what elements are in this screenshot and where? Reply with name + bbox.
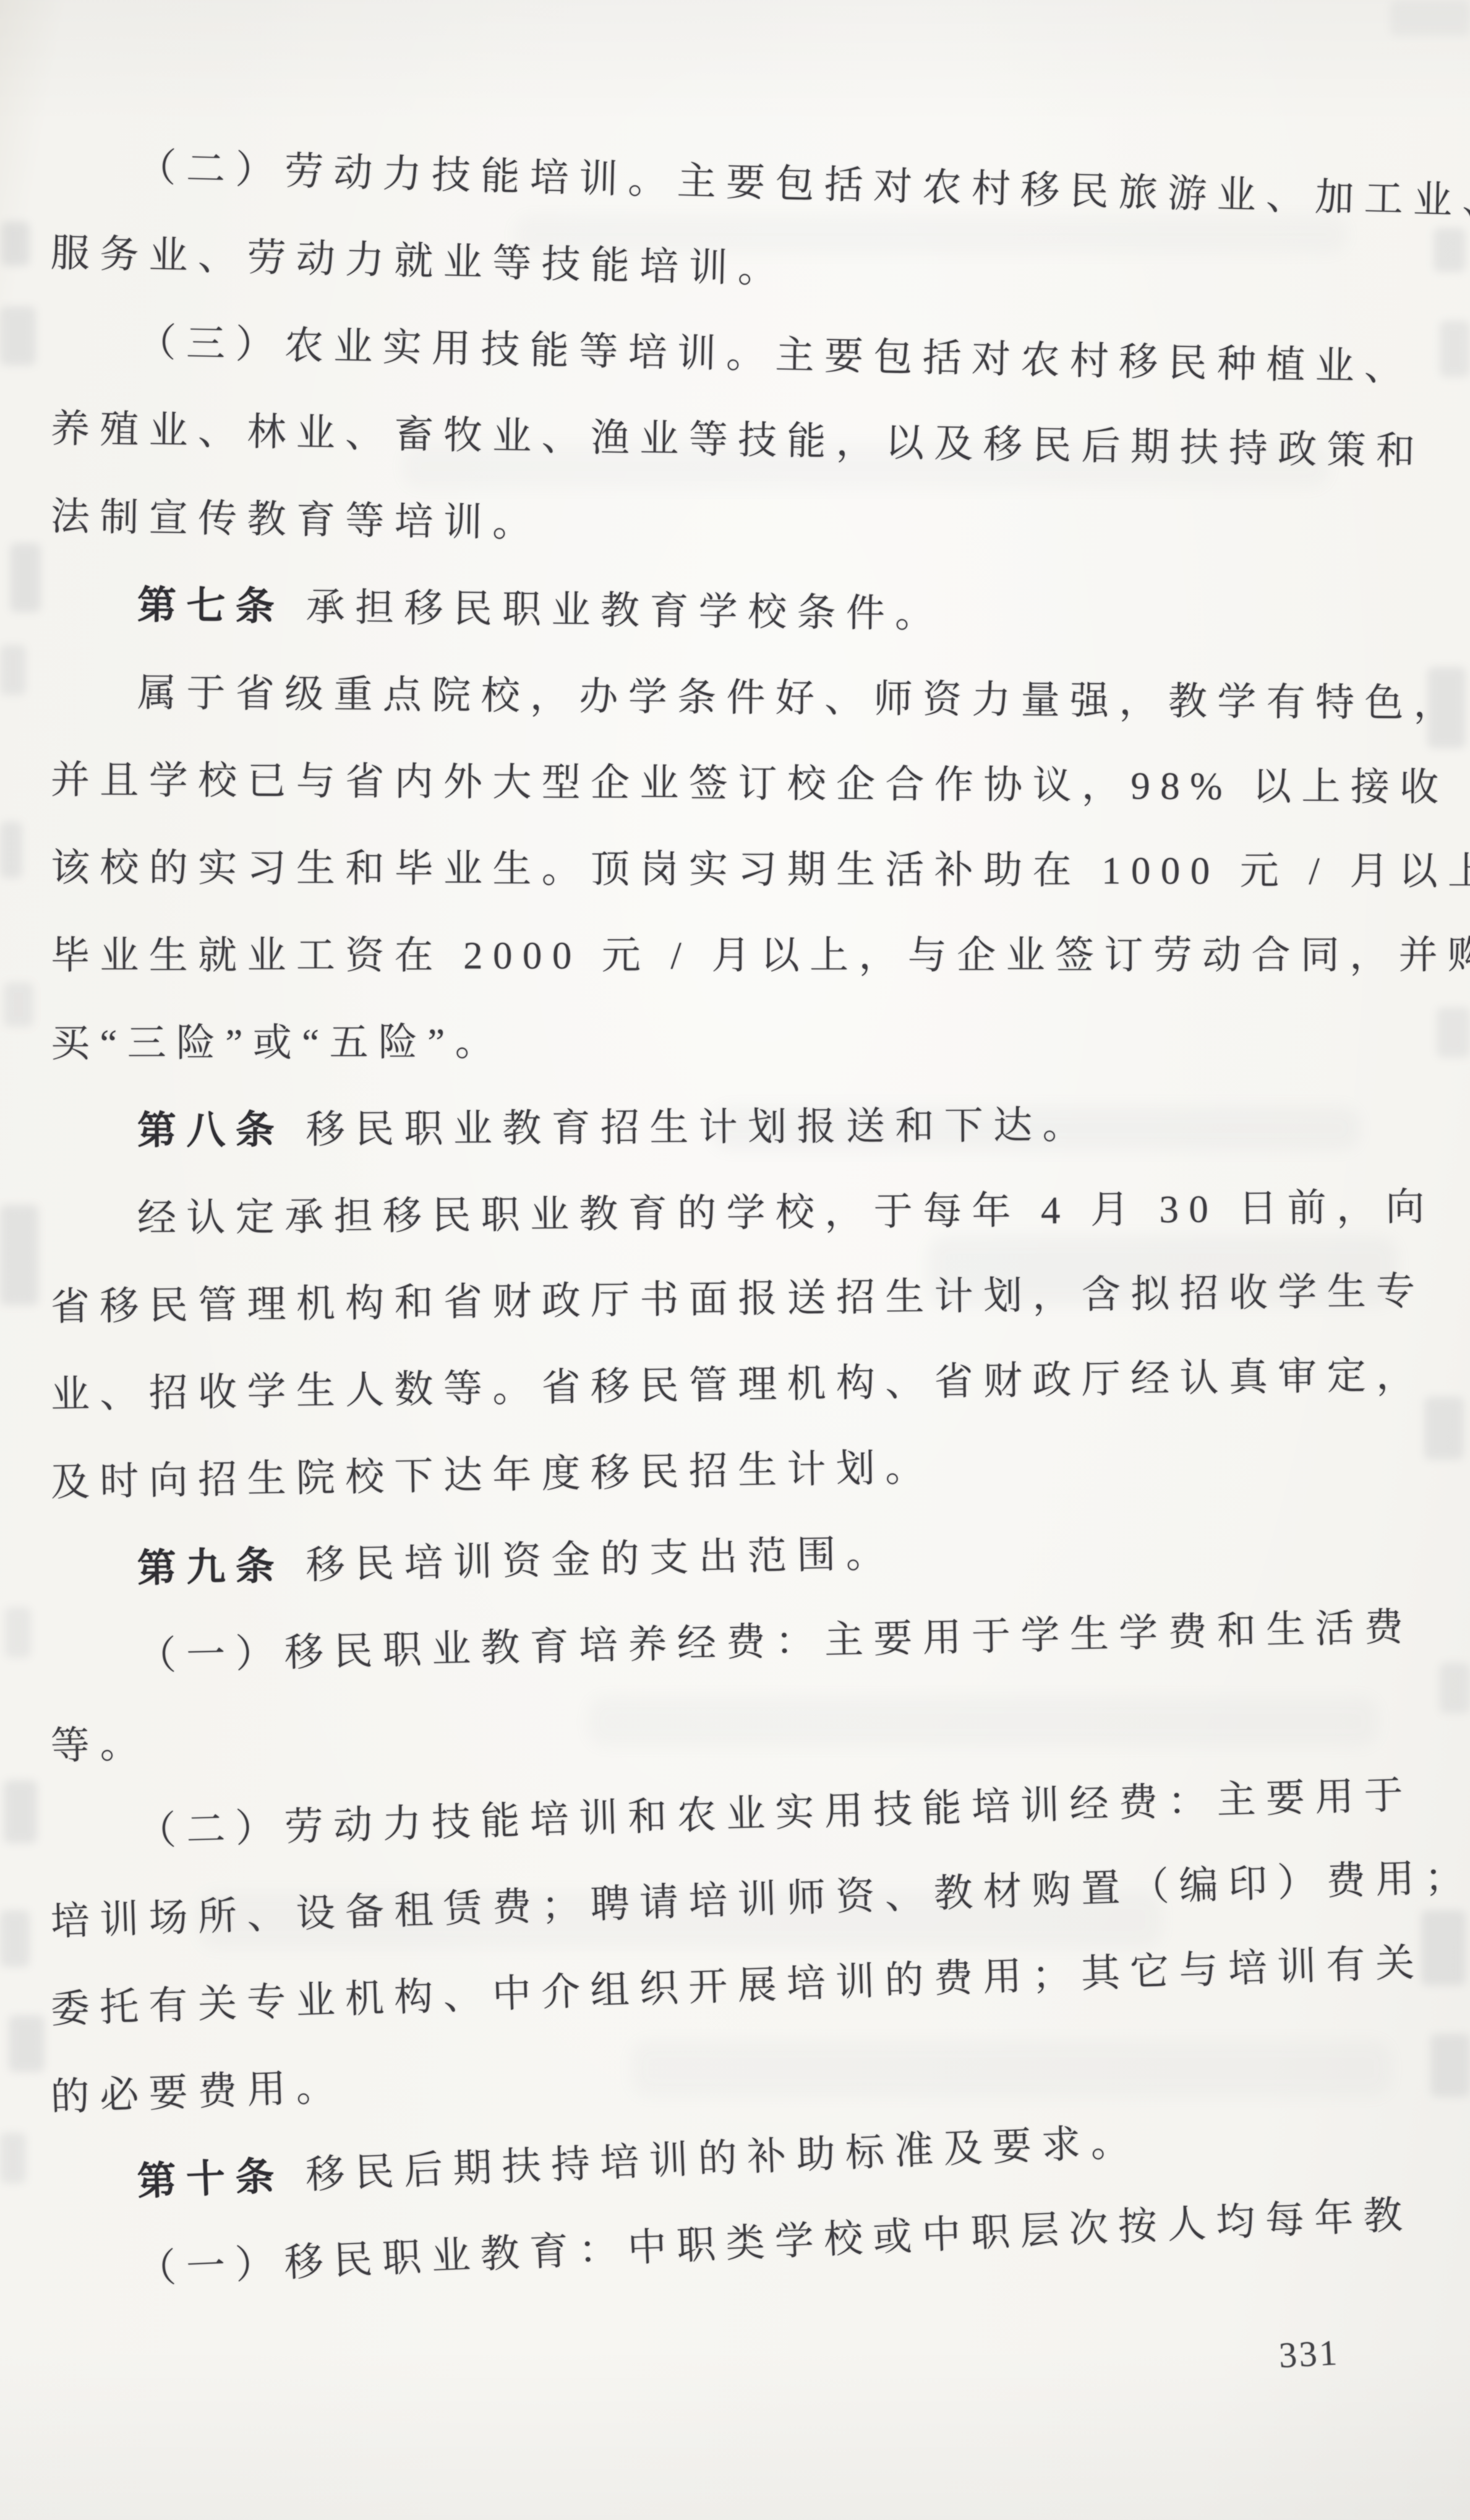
bleedthrough-smudge xyxy=(10,543,41,612)
text-line: 该校的实习生和毕业生。顶岗实习期生活补助在 1000 元 / 月以上， xyxy=(51,824,1421,915)
line-text: 法制宣传教育等培训。 xyxy=(51,495,542,545)
bleedthrough-smudge xyxy=(1437,1007,1470,1058)
bleedthrough-smudge xyxy=(0,1205,38,1305)
line-text: 移民后期扶持培训的补助标准及要求。 xyxy=(305,2120,1140,2196)
text-line: 第七条承担移民职业教育学校条件。 xyxy=(50,560,1421,664)
bleedthrough-smudge xyxy=(0,306,36,366)
bleedthrough-smudge xyxy=(4,982,33,1027)
line-text: （一）移民职业教育培养经费：主要用于学生学费和生活费 xyxy=(137,1605,1414,1678)
bleedthrough-smudge xyxy=(0,1910,30,1967)
bleedthrough-smudge xyxy=(0,2133,26,2184)
line-text: 的必要费用。 xyxy=(50,2065,346,2119)
bleedthrough-smudge xyxy=(1424,1397,1464,1460)
line-text: 等。 xyxy=(50,1722,150,1768)
text-line: 经认定承担移民职业教育的学校，于每年 4 月 30 日前，向 xyxy=(50,1163,1421,1263)
text-line: 第八条移民职业教育招生计划报送和下达。 xyxy=(51,1079,1421,1175)
line-text: 省移民管理机构和省财政厅书面报送招生计划，含拟招收学生专 xyxy=(51,1269,1425,1329)
article-number: 第八条 xyxy=(137,1108,285,1152)
bleedthrough-smudge xyxy=(4,1780,37,1843)
bleedthrough-smudge xyxy=(5,1607,31,1658)
bleedthrough-smudge xyxy=(1440,320,1470,377)
bleedthrough-smudge xyxy=(1390,0,1470,36)
bleedthrough-smudge xyxy=(0,821,22,878)
line-text: 属于省级重点院校，办学条件好、师资力量强，教学有特色， xyxy=(137,671,1463,726)
bleedthrough-smudge xyxy=(1421,1910,1466,1986)
text-line: 并且学校已与省内外大型企业签订校企合作协议，98% 以上接收 xyxy=(51,736,1421,831)
text-line: 属于省级重点院校，办学条件好、师资力量强，教学有特色， xyxy=(50,648,1421,747)
document-text: （二）劳动力技能培训。主要包括对农村移民旅游业、加工业、服务业、劳动力就业等技能… xyxy=(51,121,1421,2317)
line-text: 并且学校已与省内外大型企业签订校企合作协议，98% 以上接收 xyxy=(51,758,1449,809)
text-line: 买“三险”或“五险”。 xyxy=(51,995,1421,1087)
bleedthrough-smudge xyxy=(1430,2034,1470,2097)
line-text: 及时向招生院校下达年度移民招生计划。 xyxy=(50,1446,934,1504)
line-text: 该校的实习生和毕业生。顶岗实习期生活补助在 1000 元 / 月以上， xyxy=(51,846,1470,893)
line-text: 买“三险”或“五险”。 xyxy=(51,1021,504,1065)
bleedthrough-smudge xyxy=(0,645,26,695)
line-text: （二）劳动力技能培训。主要包括对农村移民旅游业、加工业、 xyxy=(137,146,1470,224)
book-page: （二）劳动力技能培训。主要包括对农村移民旅游业、加工业、服务业、劳动力就业等技能… xyxy=(0,0,1470,2520)
article-number: 第七条 xyxy=(137,584,285,629)
page-number: 331 xyxy=(1278,2331,1340,2376)
line-text: 移民培训资金的支出范围。 xyxy=(306,1532,895,1587)
article-number: 第十条 xyxy=(136,2154,285,2203)
line-text: 承担移民职业教育学校条件。 xyxy=(306,586,944,636)
line-text: 经认定承担移民职业教育的学校，于每年 4 月 30 日前，向 xyxy=(137,1185,1435,1240)
bleedthrough-smudge xyxy=(1440,1663,1470,1713)
line-text: 养殖业、林业、畜牧业、渔业等技能，以及移民后期扶持政策和 xyxy=(50,407,1425,473)
line-text: 服务业、劳动力就业等技能培训。 xyxy=(50,231,787,291)
bleedthrough-smudge xyxy=(1,221,30,266)
bleedthrough-smudge xyxy=(9,2015,45,2072)
text-line: 毕业生就业工资在 2000 元 / 月以上，与企业签订劳动合同，并购 xyxy=(51,911,1421,1000)
article-number: 第九条 xyxy=(137,1544,285,1590)
line-text: 移民职业教育招生计划报送和下达。 xyxy=(306,1104,1092,1152)
line-text: 业、招收学生人数等。省移民管理机构、省财政厅经认真审定， xyxy=(50,1353,1425,1416)
line-text: 毕业生就业工资在 2000 元 / 月以上，与企业签订劳动合同，并购 xyxy=(51,933,1470,977)
line-text: （三）农业实用技能等培训。主要包括对农村移民种植业、 xyxy=(137,321,1414,389)
